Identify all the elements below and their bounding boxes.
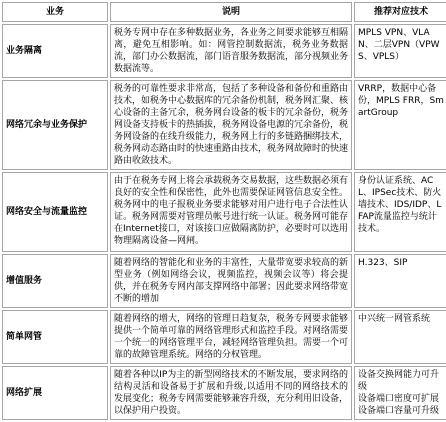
technology-cell: 身份认证系统、ACL、IPSec技术、防火墙技术、IDS/IDP、LFAP流量监… (354, 172, 446, 252)
description-cell: 随着网络的智能化和业务的丰富性，大量带宽要求较高的新型业务（例如网络会议，视频监… (110, 254, 352, 308)
service-cell: 网络安全与流量监控 (2, 172, 108, 252)
table-header-row: 业务 说明 推荐对应技术 (2, 2, 446, 22)
description-cell: 税务的可靠性要求非常高，包括了多种设备和备份和重路由技术，如税务中心数据库的冗余… (110, 80, 352, 170)
service-cell: 增值服务 (2, 254, 108, 308)
table-row: 简单网管 随着网络的增大，网络的管理日趋复杂，税务专网要求能够提供一个简单可靠的… (2, 310, 446, 364)
services-technology-table: 业务 说明 推荐对应技术 业务隔离 税务专网中存在多种数据业务，各业务之间要求能… (0, 0, 446, 422)
service-cell: 网络冗余与业务保护 (2, 80, 108, 170)
service-cell: 业务隔离 (2, 24, 108, 78)
table-row: 网络冗余与业务保护 税务的可靠性要求非常高，包括了多种设备和备份和重路由技术，如… (2, 80, 446, 170)
technology-cell: VRRP，数据中心备份，MPLS FRR，SmartGroup (354, 80, 446, 170)
description-cell: 税务专网中存在多种数据业务，各业务之间要求能够互相隔离，避免互相影响。如：网管控… (110, 24, 352, 78)
technology-cell: MPLS VPN、VLAN、二层VPN（VPWS、VPLS） (354, 24, 446, 78)
table-row: 业务隔离 税务专网中存在多种数据业务，各业务之间要求能够互相隔离，避免互相影响。… (2, 24, 446, 78)
description-cell: 由于在税务专网上将会承载税务交易数据，这些数据必须有良好的安全性和保密性，此外也… (110, 172, 352, 252)
header-service: 业务 (2, 2, 108, 22)
technology-cell: 中兴统一网管系统 (354, 310, 446, 364)
table-row: 网络扩展 随着各种以IP为主的新型网络技术的不断发展，要求网络的结构灵活和设备易… (2, 366, 446, 420)
table-row: 网络安全与流量监控 由于在税务专网上将会承载税务交易数据，这些数据必须有良好的安… (2, 172, 446, 252)
technology-cell: H.323、SIP (354, 254, 446, 308)
header-technology: 推荐对应技术 (354, 2, 446, 22)
description-cell: 随着各种以IP为主的新型网络技术的不断发展，要求网络的结构灵活和设备易于扩展和升… (110, 366, 352, 420)
service-cell: 简单网管 (2, 310, 108, 364)
service-cell: 网络扩展 (2, 366, 108, 420)
technology-cell: 设备交换网能力可升级 设备端口密度可扩展 设备端口容量可升级 (354, 366, 446, 420)
description-cell: 随着网络的增大，网络的管理日趋复杂，税务专网要求能够提供一个简单可靠的网络管理形… (110, 310, 352, 364)
header-description: 说明 (110, 2, 352, 22)
table-row: 增值服务 随着网络的智能化和业务的丰富性，大量带宽要求较高的新型业务（例如网络会… (2, 254, 446, 308)
